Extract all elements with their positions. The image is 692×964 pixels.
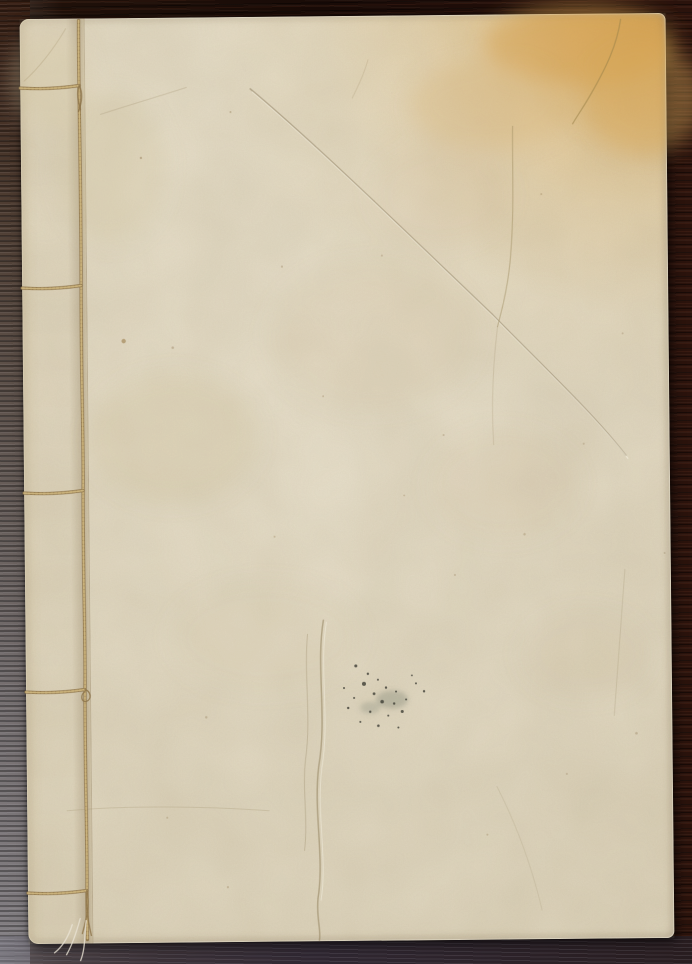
cover-detail-overlay — [20, 13, 675, 944]
photo-frame — [0, 0, 692, 964]
book-cover — [20, 13, 675, 944]
